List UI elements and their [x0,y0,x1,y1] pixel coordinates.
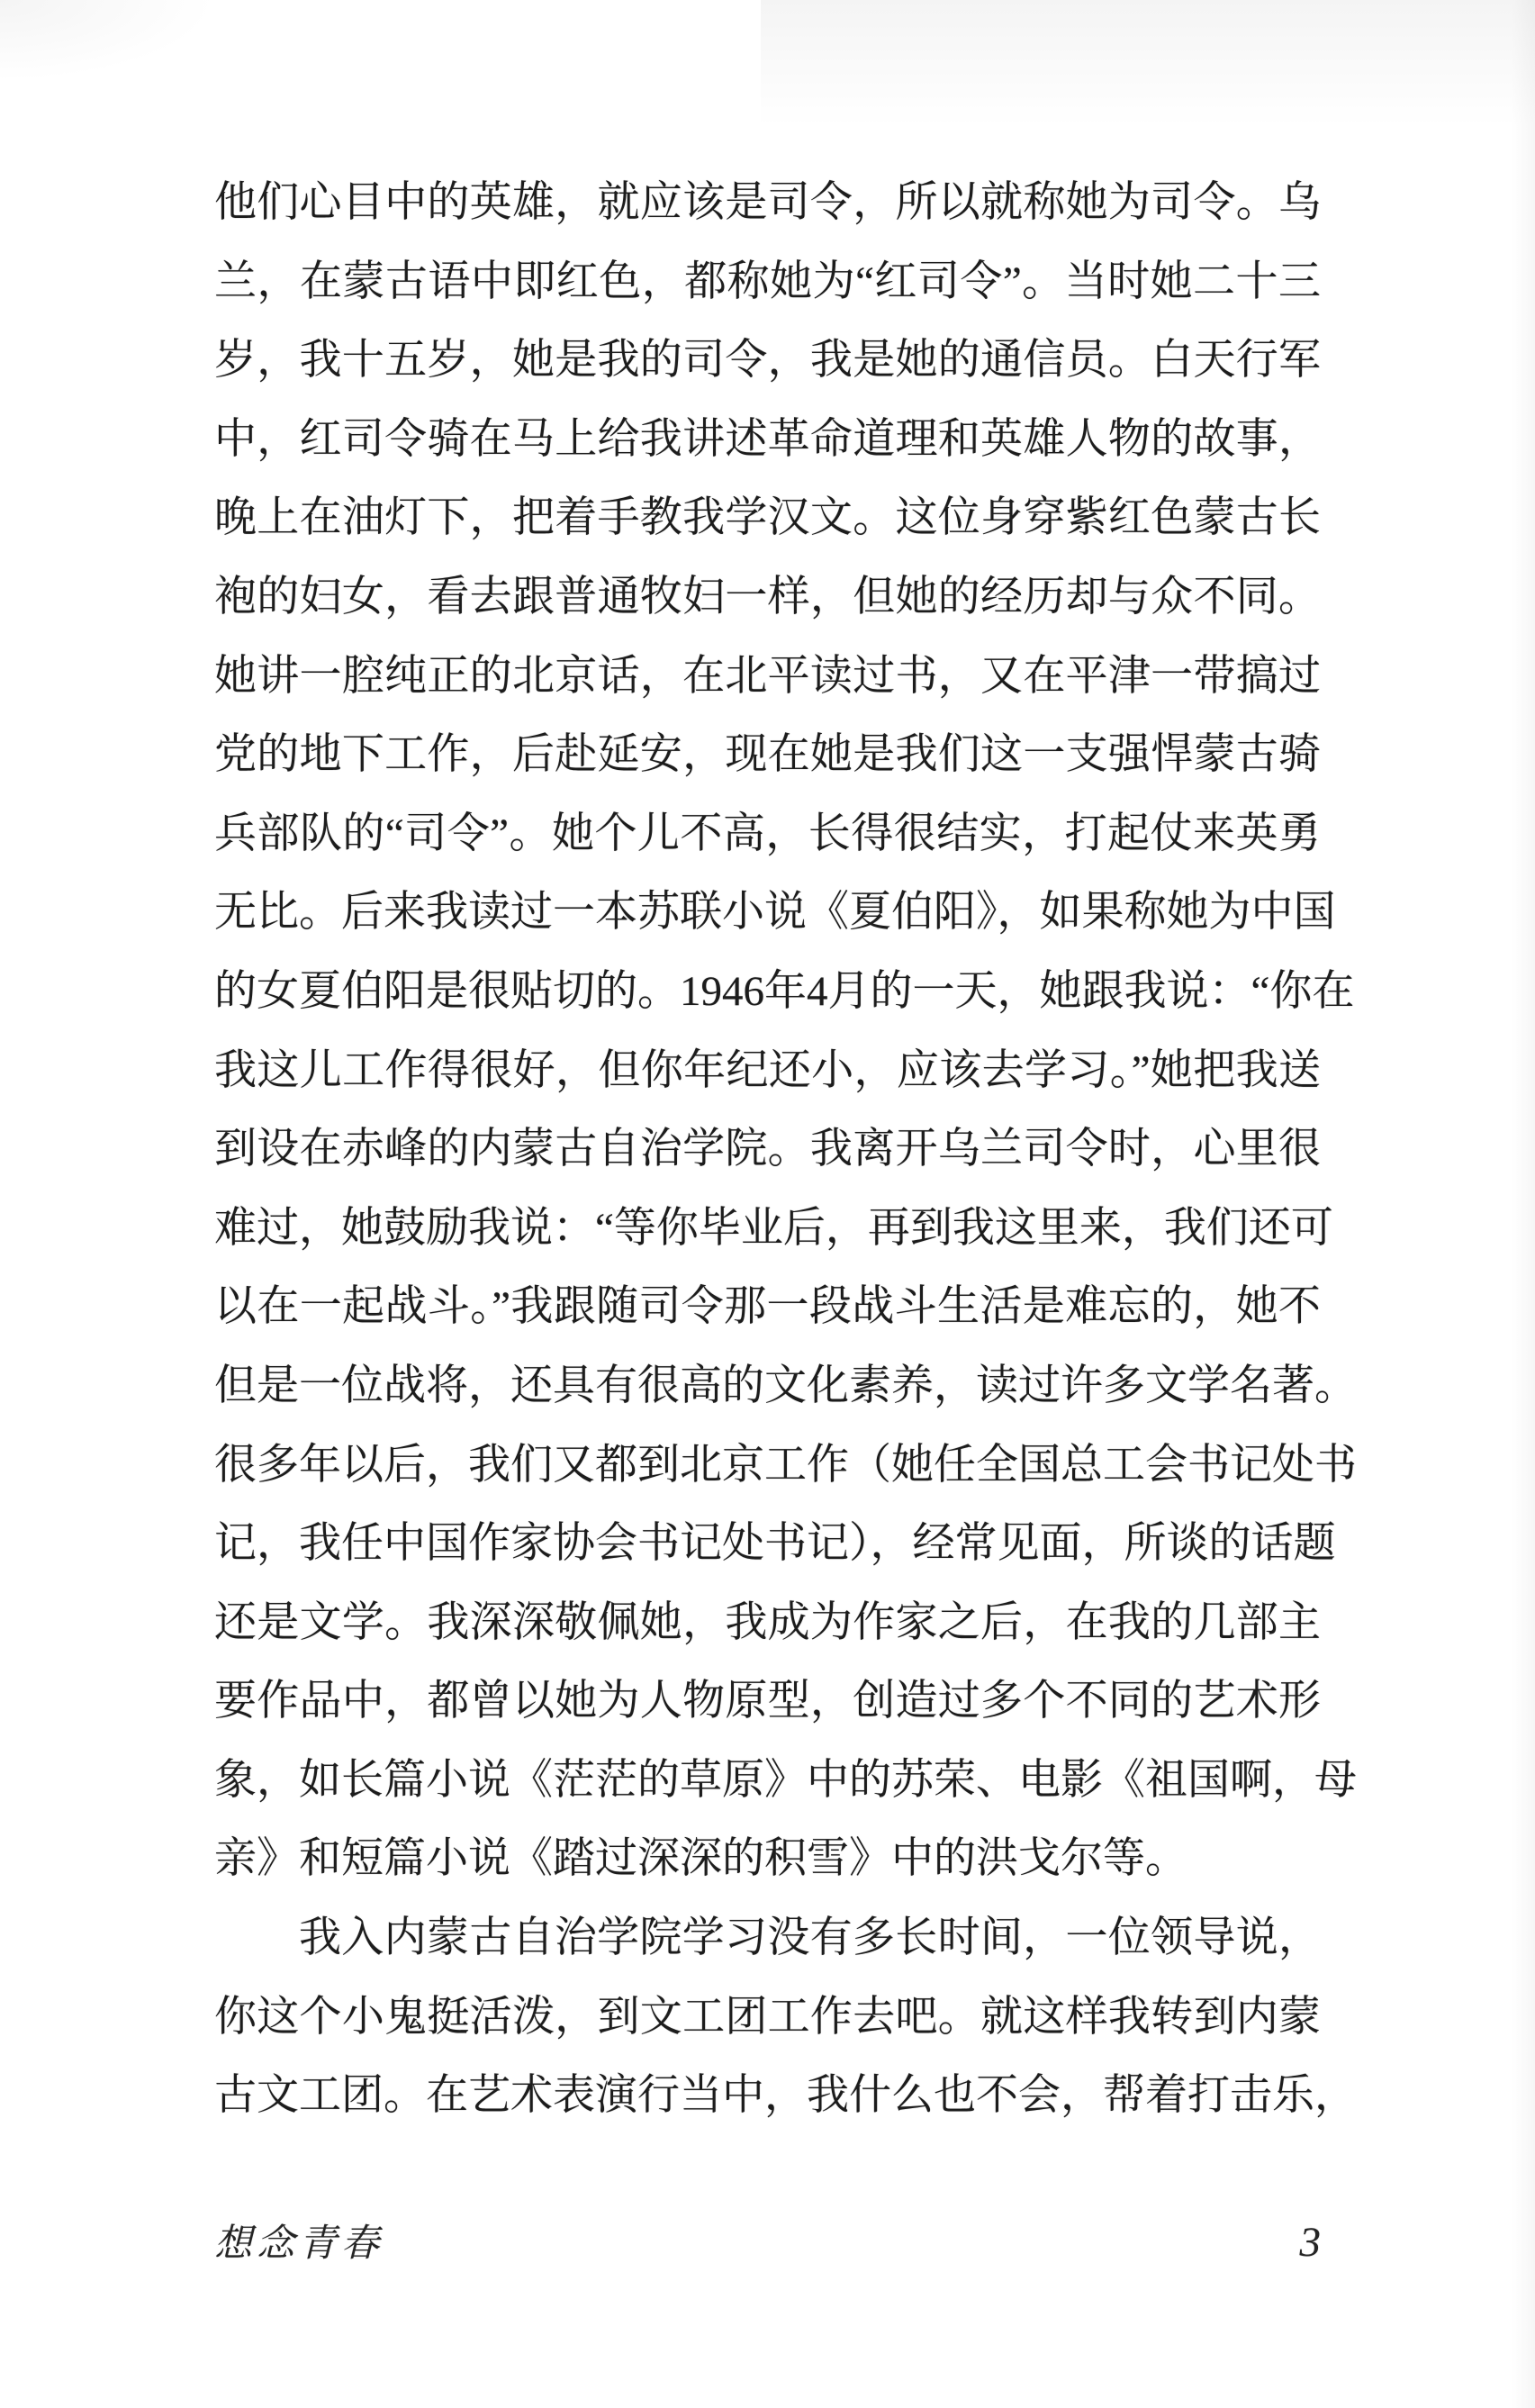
page-number: 3 [1300,2218,1322,2267]
body-text: 他们心目中的英雄，就应该是司令，所以就称她为司令。乌 兰，在蒙古语中即红色，都称… [214,164,1321,2136]
body-line: 古文工团。在艺术表演行当中，我什么也不会，帮着打击乐， [214,2057,1321,2136]
body-line: 要作品中，都曾以她为人物原型，创造过多个不同的艺术形 [214,1662,1321,1742]
body-line: 很多年以后，我们又都到北京工作（她任全国总工会书记处书 [214,1426,1321,1506]
body-line-paragraph-end: 亲》和短篇小说《踏过深深的积雪》中的洪戈尔等。 [214,1820,1321,1899]
body-line: 无比。后来我读过一本苏联小说《夏伯阳》，如果称她为中国 [214,874,1321,953]
body-line: 她讲一腔纯正的北京话，在北平读过书，又在平津一带搞过 [214,638,1321,717]
body-line: 还是文学。我深深敬佩她，我成为作家之后，在我的几部主 [214,1584,1321,1663]
body-line: 晚上在油灯下，把着手教我学汉文。这位身穿紫红色蒙古长 [214,479,1321,558]
body-line: 的女夏伯阳是很贴切的。1946年4月的一天，她跟我说：“你在 [214,953,1321,1032]
body-line: 我这儿工作得很好，但你年纪还小，应该去学习。”她把我送 [214,1032,1321,1111]
body-line: 党的地下工作，后赴延安，现在她是我们这一支强悍蒙古骑 [214,716,1321,795]
body-line: 难过，她鼓励我说：“等你毕业后，再到我这里来，我们还可 [214,1190,1321,1269]
body-line: 到设在赤峰的内蒙古自治学院。我离开乌兰司令时，心里很 [214,1110,1321,1190]
body-line: 兵部队的“司令”。她个儿不高，长得很结实，打起仗来英勇 [214,795,1321,874]
body-line: 你这个小鬼挺活泼，到文工团工作去吧。就这样我转到内蒙 [214,1978,1321,2058]
scan-shading-top-right [761,0,1535,126]
body-line: 岁，我十五岁，她是我的司令，我是她的通信员。白天行军 [214,321,1321,401]
body-line: 象，如长篇小说《茫茫的草原》中的苏荣、电影《祖国啊，母 [214,1742,1321,1821]
page-footer: 想念青春 3 [214,2213,1321,2268]
body-line: 中，红司令骑在马上给我讲述革命道理和英雄人物的故事， [214,401,1321,480]
scan-shading-top-left [0,0,216,81]
body-line: 他们心目中的英雄，就应该是司令，所以就称她为司令。乌 [214,164,1321,243]
book-page: 他们心目中的英雄，就应该是司令，所以就称她为司令。乌 兰，在蒙古语中即红色，都称… [0,0,1535,2408]
body-line: 袍的妇女，看去跟普通牧妇一样，但她的经历却与众不同。 [214,558,1321,638]
running-title: 想念青春 [214,2213,384,2268]
scan-shading-right-edge [1512,0,1535,2408]
body-line: 但是一位战将，还具有很高的文化素养，读过许多文学名著。 [214,1347,1321,1426]
body-line-paragraph-start: 我入内蒙古自治学院学习没有多长时间，一位领导说， [214,1899,1321,1978]
body-line: 记，我任中国作家协会书记处书记），经常见面，所谈的话题 [214,1505,1321,1584]
body-line: 兰，在蒙古语中即红色，都称她为“红司令”。当时她二十三 [214,243,1321,322]
body-line: 以在一起战斗。”我跟随司令那一段战斗生活是难忘的，她不 [214,1268,1321,1347]
